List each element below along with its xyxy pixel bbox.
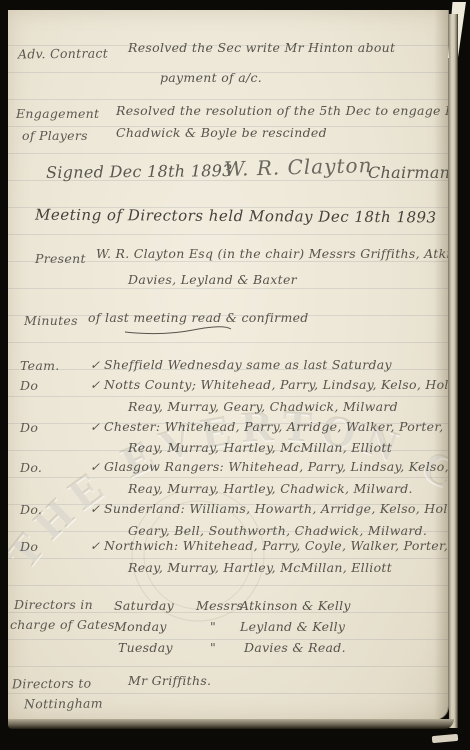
tick-icon: ✓ bbox=[90, 539, 100, 553]
team-row-line-2: Reay, Murray, Hartley, McMillan, Elliott bbox=[128, 560, 392, 575]
engagement-line-2: Chadwick & Boyle be rescinded bbox=[116, 125, 327, 140]
gates-names: Leyland & Kelly bbox=[240, 619, 345, 634]
book-fore-edge bbox=[449, 14, 458, 728]
present-line-2: Davies, Leyland & Baxter bbox=[128, 272, 297, 287]
team-row-line-2: Reay, Murray, Hartley, Chadwick, Milward… bbox=[128, 481, 413, 496]
gates-messrs: Messrs bbox=[196, 598, 243, 613]
section-label-nottingham-1: Directors to bbox=[12, 676, 92, 692]
section-label-gates-2: charge of Gates bbox=[10, 617, 115, 632]
section-label-present: Present bbox=[35, 251, 86, 266]
gates-day: Tuesday bbox=[118, 640, 173, 655]
team-row-line-1: Sunderland: Williams, Howarth, Arridge, … bbox=[104, 501, 448, 516]
meeting-heading: Meeting of Directors held Monday Dec 18t… bbox=[35, 206, 437, 227]
minutes-text: of last meeting read & confirmed bbox=[88, 310, 309, 325]
engagement-line-1: Resolved the resolution of the 5th Dec t… bbox=[116, 103, 448, 118]
team-row-label: Do. bbox=[20, 460, 42, 475]
section-label-nottingham-2: Nottingham bbox=[24, 696, 103, 712]
present-line-1: W. R. Clayton Esq (in the chair) Messrs … bbox=[96, 246, 448, 261]
tick-icon: ✓ bbox=[90, 378, 100, 392]
team-row-label: Do bbox=[20, 420, 38, 435]
team-row-line-2: Geary, Bell, Southworth, Chadwick, Milwa… bbox=[128, 523, 427, 538]
signed-date: Signed Dec 18th 1893 bbox=[46, 161, 233, 182]
minute-book-page: THE EVERTON COLLECTION THE EVERTON COLLE… bbox=[8, 10, 448, 720]
section-label-gates-1: Directors in bbox=[14, 597, 93, 612]
section-label-adv-contract: Adv. Contract bbox=[18, 46, 108, 62]
gates-day: Monday bbox=[114, 619, 167, 634]
tick-icon: ✓ bbox=[90, 420, 100, 434]
gates-names: Davies & Read. bbox=[244, 640, 346, 655]
underline-flourish bbox=[123, 326, 233, 336]
tick-icon: ✓ bbox=[90, 358, 100, 372]
team-row-label: Do bbox=[20, 378, 38, 393]
team-row-line-1: Notts County; Whitehead, Parry, Lindsay,… bbox=[104, 377, 448, 392]
ditto-mark: " bbox=[210, 619, 216, 634]
section-label-engagement-1: Engagement bbox=[16, 106, 99, 121]
page-edge-speck bbox=[432, 734, 459, 743]
team-row-line-2: Reay, Murray, Hartley, McMillan, Elliott bbox=[128, 440, 392, 455]
team-row-label: Do bbox=[20, 539, 38, 554]
nottingham-director: Mr Griffiths. bbox=[128, 673, 211, 688]
tick-icon: ✓ bbox=[90, 460, 100, 474]
team-row-line-1: Northwich: Whitehead, Parry, Coyle, Walk… bbox=[104, 538, 448, 553]
adv-contract-line-2: payment of a/c. bbox=[160, 70, 262, 85]
team-row-label: Team. bbox=[20, 358, 60, 373]
team-row-label: Do. bbox=[20, 502, 42, 517]
tick-icon: ✓ bbox=[90, 502, 100, 516]
signature-role: Chairman bbox=[368, 163, 448, 182]
team-row-line-1: Chester: Whitehead, Parry, Arridge, Walk… bbox=[104, 419, 448, 434]
section-label-minutes: Minutes bbox=[24, 313, 78, 328]
chairman-signature: W. R. Clayton bbox=[224, 153, 373, 181]
ditto-mark: " bbox=[210, 640, 216, 655]
team-row-line-1: Sheffield Wednesday same as last Saturda… bbox=[104, 357, 392, 372]
section-label-engagement-2: of Players bbox=[22, 128, 88, 143]
page-bottom-edge bbox=[8, 719, 454, 729]
adv-contract-line-1: Resolved the Sec write Mr Hinton about bbox=[128, 40, 395, 55]
team-row-line-2: Reay, Murray, Geary, Chadwick, Milward bbox=[128, 399, 398, 414]
gates-day: Saturday bbox=[114, 598, 174, 613]
gates-names: Atkinson & Kelly bbox=[240, 598, 351, 613]
team-row-line-1: Glasgow Rangers: Whitehead, Parry, Linds… bbox=[104, 459, 448, 474]
